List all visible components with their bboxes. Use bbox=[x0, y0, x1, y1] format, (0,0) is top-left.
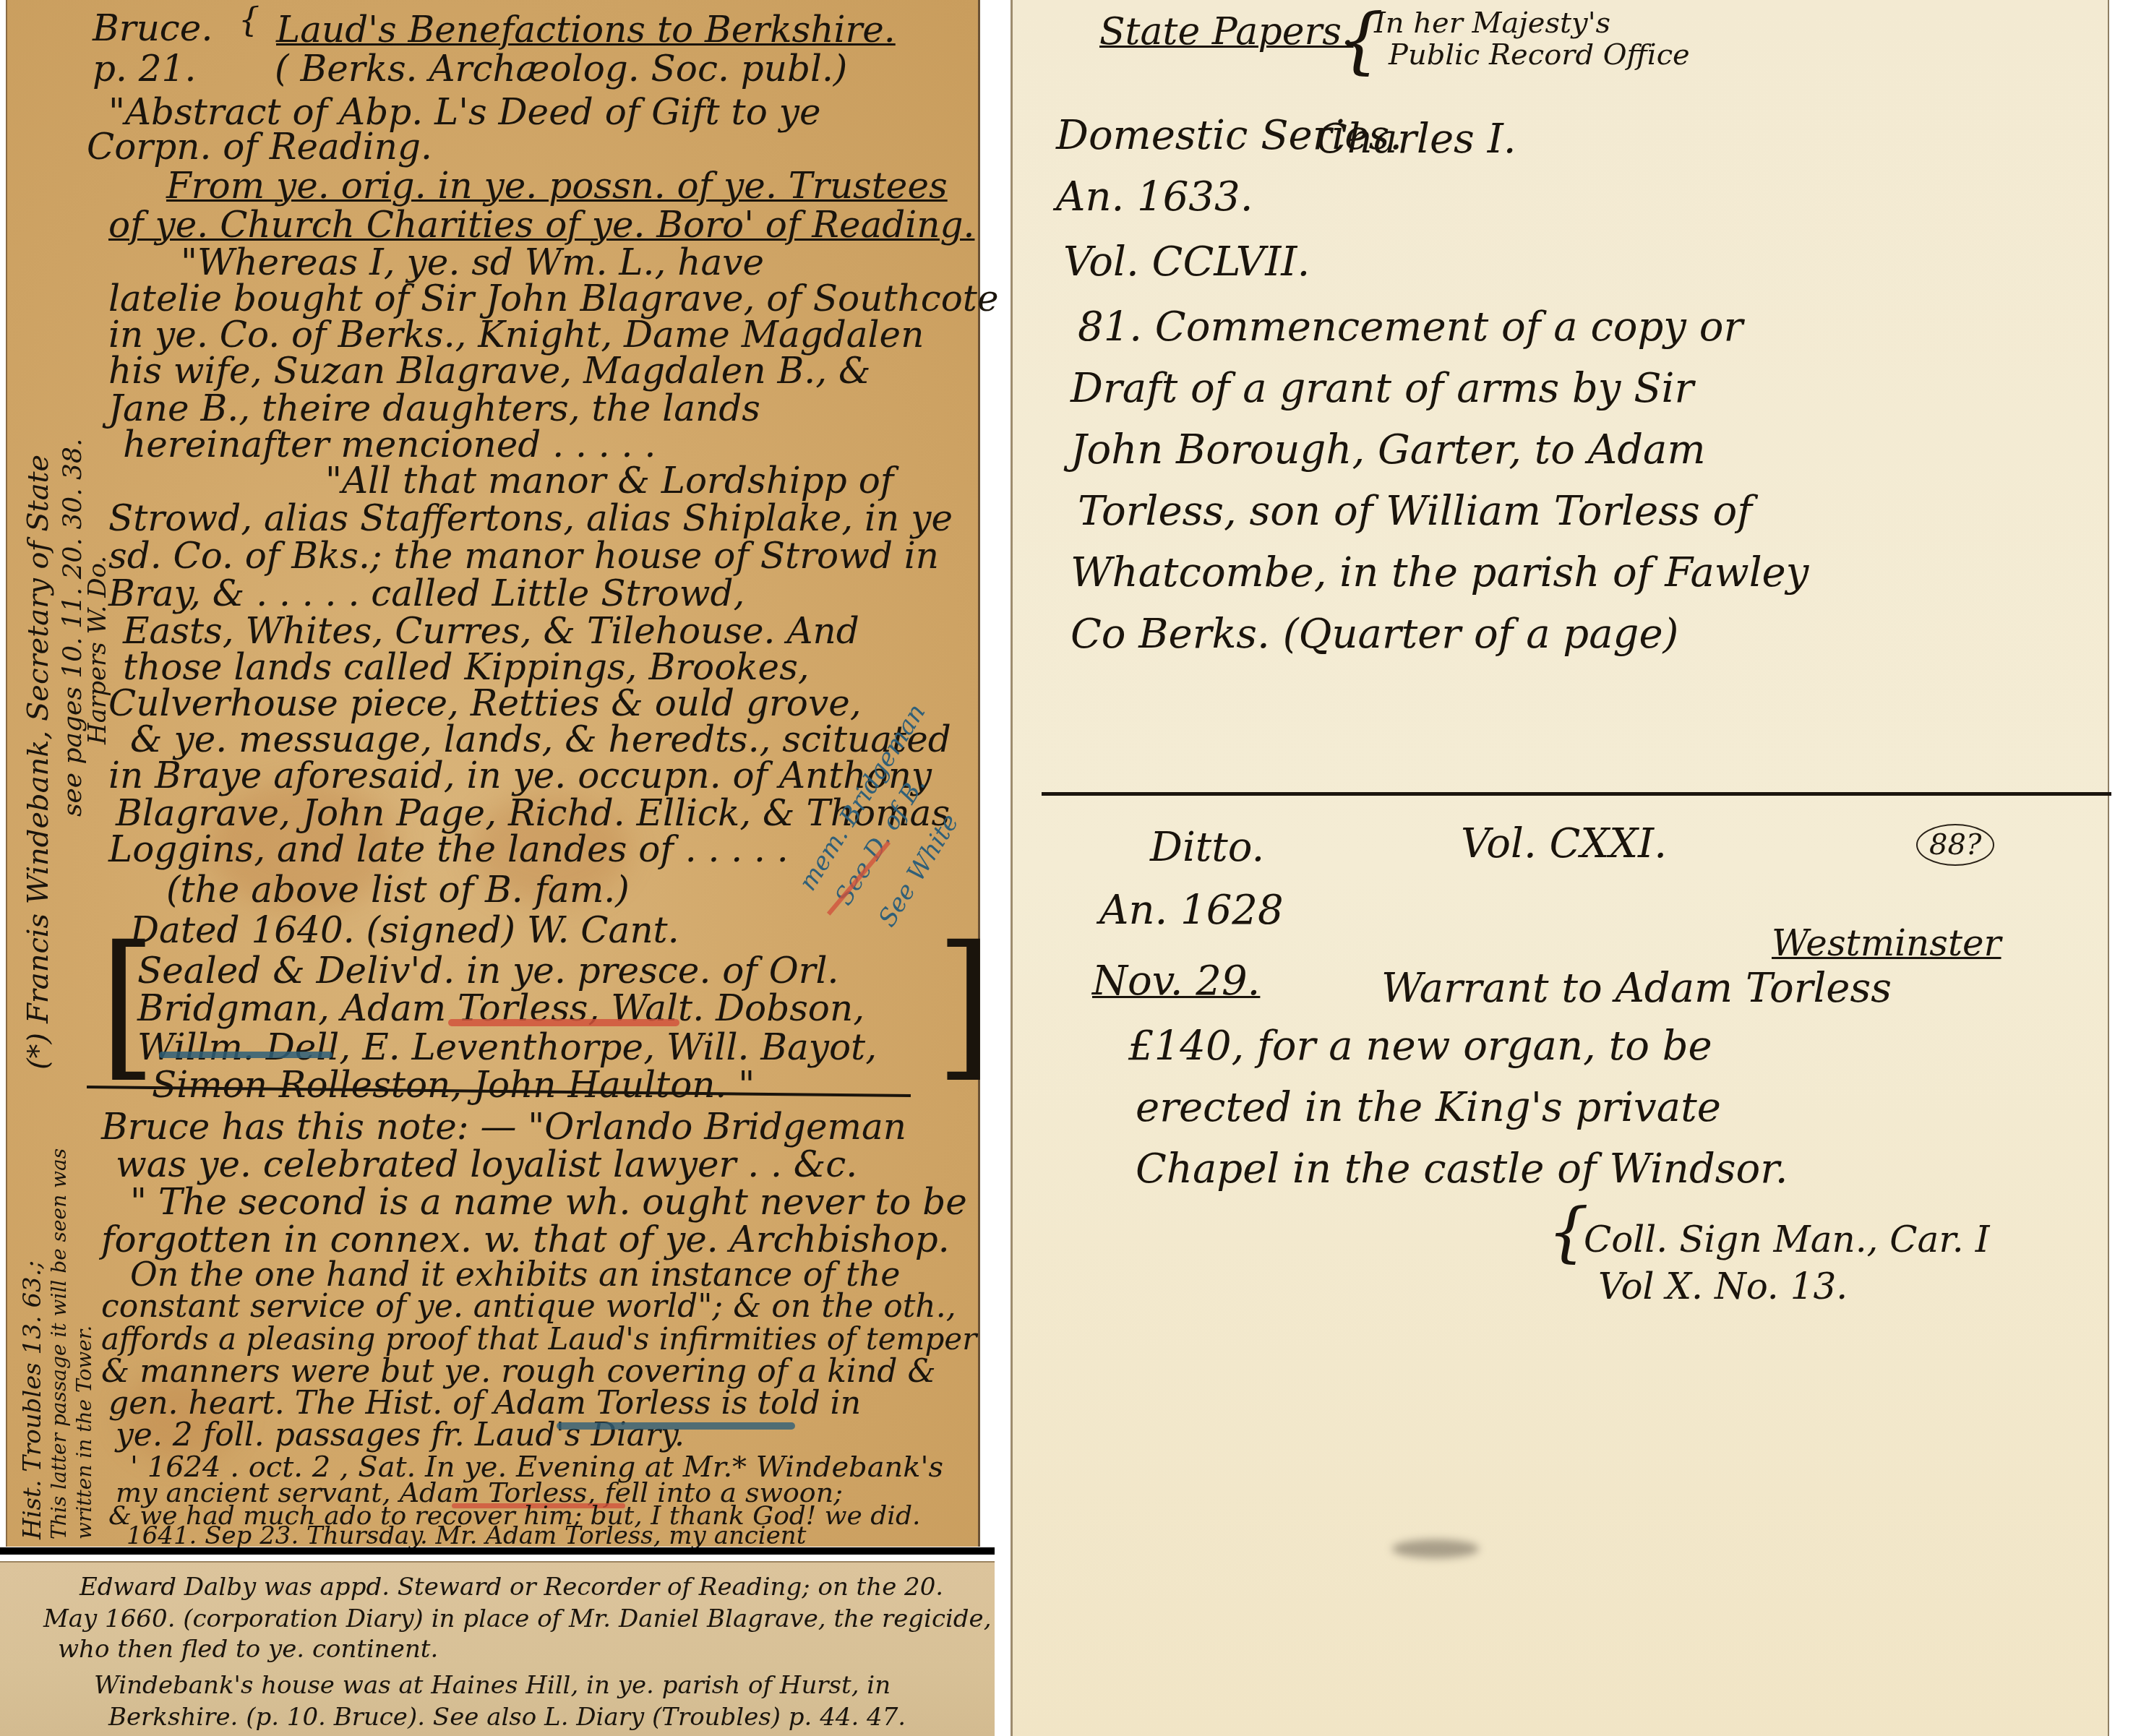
date-label: Nov. 29. bbox=[1092, 961, 1260, 1002]
strip-line: Windebank's house was at Haines Hill, in… bbox=[94, 1671, 891, 1700]
entry-line: 81. Commencement of a copy or bbox=[1078, 307, 1743, 348]
entry-line: Co Berks. (Quarter of a page) bbox=[1070, 614, 1678, 655]
deed-line: his wife, Suzan Blagrave, Magdalen B., & bbox=[108, 353, 870, 389]
source-line: Vol X. No. 13. bbox=[1598, 1268, 1848, 1305]
note-line: forgotten in connex. w. that of ye. Arch… bbox=[101, 1221, 950, 1258]
margin-note: Hist. Troubles 13. 63.; bbox=[18, 1260, 47, 1539]
deed-line: Dated 1640. (signed) W. Cant. bbox=[130, 912, 679, 948]
witness-line: Simon Rolleston, John Haulton. " bbox=[152, 1067, 755, 1103]
diary-line: 1641. Sep 23. Thursday. Mr. Adam Torless… bbox=[126, 1524, 806, 1548]
brace-icon: { bbox=[1548, 1200, 1589, 1265]
scan-separator-bar bbox=[0, 1547, 995, 1555]
entry-line: Warrant to Adam Torless bbox=[1381, 968, 1892, 1009]
blue-pencil-underline bbox=[557, 1422, 795, 1430]
deed-line: Strowd, alias Staffertons, alias Shiplak… bbox=[108, 500, 953, 536]
deed-line: "Whereas I, ye. sd Wm. L., have bbox=[181, 244, 764, 280]
left-manuscript-page: Bruce. p. 21. { Laud's Benefactions to B… bbox=[6, 0, 980, 1547]
deed-line: latelie bought of Sir John Blagrave, of … bbox=[108, 280, 998, 317]
deed-line: Easts, Whites, Curres, & Tilehouse. And bbox=[123, 613, 859, 649]
year-label: An. 1628 bbox=[1099, 890, 1284, 931]
entry-line: Draft of a grant of arms by Sir bbox=[1070, 369, 1694, 409]
deed-line: hereinafter mencioned . . . . . bbox=[123, 426, 656, 463]
volume-label: Vol. CXXI. bbox=[1461, 824, 1667, 864]
deed-line: & ye. messuage, lands, & heredts., scitu… bbox=[130, 721, 951, 757]
deed-line: Corpn. of Reading. bbox=[87, 129, 432, 165]
deed-line: sd. Co. of Bks.; the manor house of Stro… bbox=[108, 538, 939, 574]
margin-note: (*) Francis Windebank, Secretary of Stat… bbox=[22, 455, 55, 1070]
source-line: Coll. Sign Man., Car. I bbox=[1584, 1221, 1989, 1258]
entry-line: John Borough, Garter, to Adam bbox=[1070, 430, 1706, 470]
note-line: Bruce has this note: — "Orlando Bridgema… bbox=[101, 1109, 906, 1145]
right-manuscript-page: State Papers. { In her Majesty's Public … bbox=[1011, 0, 2109, 1736]
place-label: Westminster bbox=[1772, 925, 2001, 961]
entry-line: Chapel in the castle of Windsor. bbox=[1136, 1149, 1788, 1190]
witness-line: Sealed & Deliv'd. in ye. presce. of Orl. bbox=[137, 953, 839, 989]
witness-line: Willm. Dell, E. Leventhorpe, Will. Bayot… bbox=[137, 1029, 877, 1065]
year-label: An. 1633. bbox=[1056, 177, 1253, 218]
margin-note: This latter passage it will be seen was bbox=[47, 1148, 71, 1539]
brace-icon: { bbox=[239, 3, 259, 36]
note-line: affords a pleasing proof that Laud's inf… bbox=[101, 1324, 977, 1354]
deed-line: in ye. Co. of Berks., Knight, Dame Magda… bbox=[108, 317, 924, 353]
note-line: On the one hand it exhibits an instance … bbox=[130, 1258, 900, 1291]
strip-line: May 1660. (corporation Diary) in place o… bbox=[43, 1604, 992, 1633]
deed-line: in Braye aforesaid, in ye. occupn. of An… bbox=[108, 757, 932, 794]
header-subtitle: ( Berks. Archæolog. Soc. publ.) bbox=[275, 51, 847, 87]
entry-line: Whatcombe, in the parish of Fawley bbox=[1070, 553, 1809, 593]
note-line: gen. heart. The Hist. of Adam Torless is… bbox=[108, 1388, 861, 1419]
entry-line: Torless, son of William Torless of bbox=[1078, 491, 1752, 532]
deed-line: Jane B., theire daughters, the lands bbox=[108, 390, 760, 426]
deed-line: "All that manor & Lordshipp of bbox=[325, 463, 893, 499]
deed-line: of ye. Church Charities of ye. Boro' of … bbox=[108, 207, 974, 243]
header-ref-1: Bruce. bbox=[93, 10, 213, 46]
deed-line: From ye. orig. in ye. possn. of ye. Trus… bbox=[166, 168, 948, 204]
ditto-label: Ditto. bbox=[1150, 828, 1264, 868]
header-ref-2: p. 21. bbox=[93, 51, 196, 87]
bottom-note-strip: Edward Dalby was appd. Steward or Record… bbox=[0, 1561, 995, 1736]
strip-line: Edward Dalby was appd. Steward or Record… bbox=[80, 1573, 943, 1602]
note-line: was ye. celebrated loyalist lawyer . . &… bbox=[116, 1146, 857, 1182]
note-line: " The second is a name wh. ought never t… bbox=[130, 1184, 967, 1220]
deed-line: Loggins, and late the landes of . . . . … bbox=[108, 831, 789, 867]
record-office-line: Public Record Office bbox=[1389, 40, 1690, 69]
state-papers-title: State Papers. bbox=[1099, 13, 1354, 51]
note-line: constant service of ye. antique world"; … bbox=[101, 1291, 956, 1323]
note-line: & manners were but ye. rough covering of… bbox=[101, 1356, 936, 1388]
ink-smudge bbox=[1392, 1539, 1479, 1558]
header-title: Laud's Benefactions to Berkshire. bbox=[276, 12, 896, 48]
red-pencil-underline bbox=[448, 1019, 679, 1026]
entry-divider bbox=[1042, 792, 2111, 796]
deed-line: those lands called Kippings, Brookes, bbox=[123, 649, 810, 685]
entry-line: £140, for a new organ, to be bbox=[1128, 1026, 1712, 1067]
reign-label: Charles I. bbox=[1316, 119, 1516, 160]
deed-line: Bray, & . . . . . called Little Strowd, bbox=[108, 575, 745, 611]
entry-line: erected in the King's private bbox=[1136, 1088, 1721, 1128]
deed-line: (the above list of B. fam.) bbox=[166, 872, 630, 908]
strip-line: Berkshire. (p. 10. Bruce). See also L. D… bbox=[108, 1703, 906, 1732]
strip-line: who then fled to ye. continent. bbox=[58, 1635, 438, 1664]
deed-line: Culverhouse piece, Retties & ould grove, bbox=[108, 685, 862, 721]
record-office-line: In her Majesty's bbox=[1374, 9, 1610, 38]
deed-line: "Abstract of Abp. L's Deed of Gift to ye bbox=[108, 94, 821, 130]
right-bracket-icon: ] bbox=[936, 925, 992, 1084]
margin-note: written in the Tower. bbox=[72, 1325, 96, 1539]
blue-pencil-underline bbox=[159, 1052, 332, 1058]
deed-line: Blagrave, John Page, Richd. Ellick, & Th… bbox=[116, 795, 950, 831]
circled-note: 88? bbox=[1916, 824, 1994, 866]
volume-label: Vol. CCLVII. bbox=[1063, 242, 1310, 283]
margin-note: Harpers W. Do. bbox=[83, 556, 112, 744]
